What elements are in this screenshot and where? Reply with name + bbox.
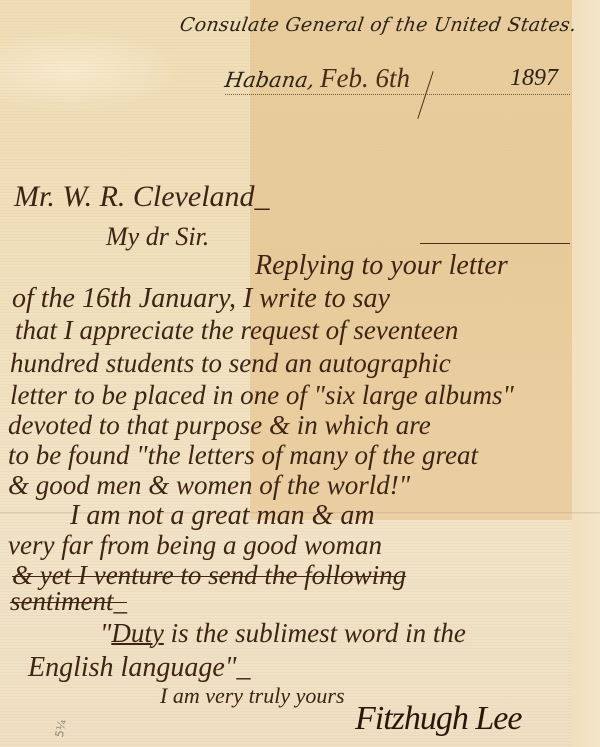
paper-right-margin	[572, 0, 600, 747]
dateline-date: Feb. 6th	[320, 63, 410, 94]
signature: Fitzhugh Lee	[355, 700, 521, 738]
quote-open: "	[100, 618, 111, 648]
quote-emphasis-duty: Duty	[111, 618, 163, 648]
body-line: & good men & women of the world!"	[8, 470, 410, 501]
quote-text: is the sublimest word in the	[164, 618, 466, 648]
body-line: to be found "the letters of many of the …	[8, 440, 478, 471]
body-line-struck: sentiment_	[10, 586, 127, 617]
dateline-place: Habana,	[223, 68, 316, 92]
greeting: My dr Sir.	[106, 222, 209, 252]
body-line: hundred students to send an autographic	[10, 348, 451, 379]
letterhead-title: Consulate General of the United States.	[178, 14, 577, 36]
body-line: very far from being a good woman	[8, 530, 382, 561]
dateline: Habana, Feb. 6th 1897	[225, 66, 570, 95]
body-line: devoted to that purpose & in which are	[8, 410, 431, 441]
quote-line-2: English language"_	[28, 652, 251, 684]
pen-stroke-line	[420, 243, 570, 244]
body-line: of the 16th January, I write to say	[12, 283, 390, 315]
recipient-name: Mr. W. R. Cleveland_	[14, 180, 270, 214]
body-line: I am not a great man & am	[70, 500, 375, 532]
valediction: I am very truly yours	[160, 683, 345, 709]
quote-line: "Duty is the sublimest word in the	[100, 618, 466, 649]
body-line: letter to be placed in one of "six large…	[10, 380, 514, 411]
body-line: that I appreciate the request of sevente…	[15, 315, 458, 346]
dateline-year: 1897	[510, 65, 558, 92]
body-line: Replying to your letter	[255, 250, 508, 282]
